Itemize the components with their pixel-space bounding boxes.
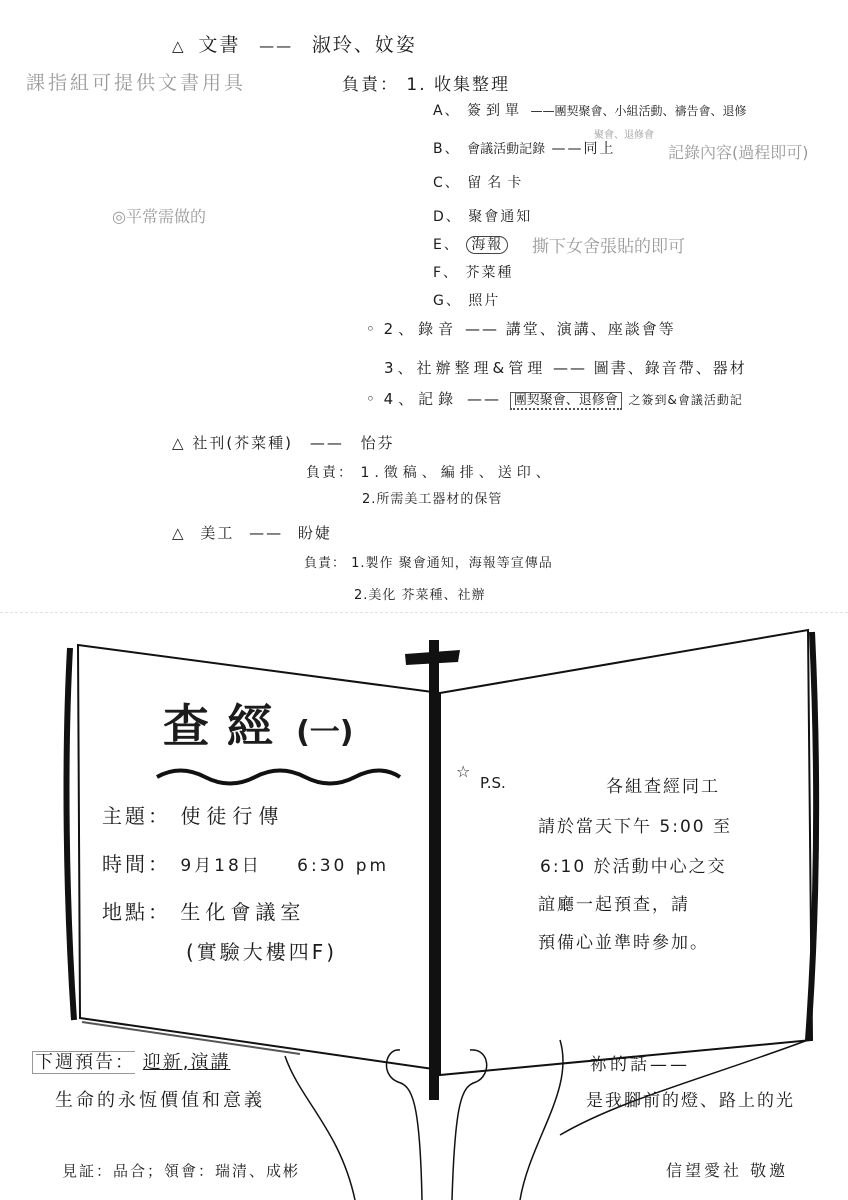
time-row: 時間： 9月18日 6:30 pm (102, 848, 389, 877)
place-label: 地點： (102, 900, 171, 924)
flyer-title-number: (一) (296, 715, 353, 750)
topic-label: 主題： (102, 804, 171, 828)
ps-line-3: 6:10 於活動中心之交 (540, 852, 727, 877)
next-week-label: 下週預告： (32, 1051, 135, 1074)
place-detail: (實驗大樓四F) (186, 936, 337, 965)
verse-title: 祢的話—— (590, 1050, 690, 1075)
topic-row: 主題： 使徒行傳 (102, 800, 284, 829)
next-week-row: 下週預告： 迎新,演講 (32, 1048, 230, 1074)
flyer-title: 查經 (一) (163, 690, 354, 756)
next-week-topic: 生命的永恆價值和意義 (55, 1086, 265, 1112)
testimony-leaders: 見証：品合；領會：瑞清、成彬 (62, 1160, 300, 1181)
open-book-illustration (0, 0, 848, 1200)
time-label: 時間： (102, 852, 171, 876)
verse-text: 是我腳前的燈、路上的光 (586, 1086, 795, 1111)
place-row: 地點： 生化會議室 (102, 896, 305, 925)
signature: 信望愛社 敬邀 (666, 1158, 788, 1181)
ps-line-1: 各組查經同工 (606, 772, 720, 797)
flyer-title-text: 查經 (163, 699, 291, 753)
time-value: 6:30 pm (297, 856, 389, 876)
star-icon: ☆ (456, 762, 470, 781)
topic-value: 使徒行傳 (180, 804, 284, 828)
place-value: 生化會議室 (180, 900, 305, 924)
next-week-value: 迎新,演講 (143, 1052, 231, 1073)
date-value: 9月18日 (180, 856, 261, 876)
ps-line-4: 誼廳一起預查，請 (538, 890, 690, 915)
ps-line-2: 請於當天下午 5:00 至 (538, 812, 732, 837)
ps-line-5: 預備心並準時參加。 (538, 928, 709, 953)
ps-label: P.S. (480, 774, 506, 792)
